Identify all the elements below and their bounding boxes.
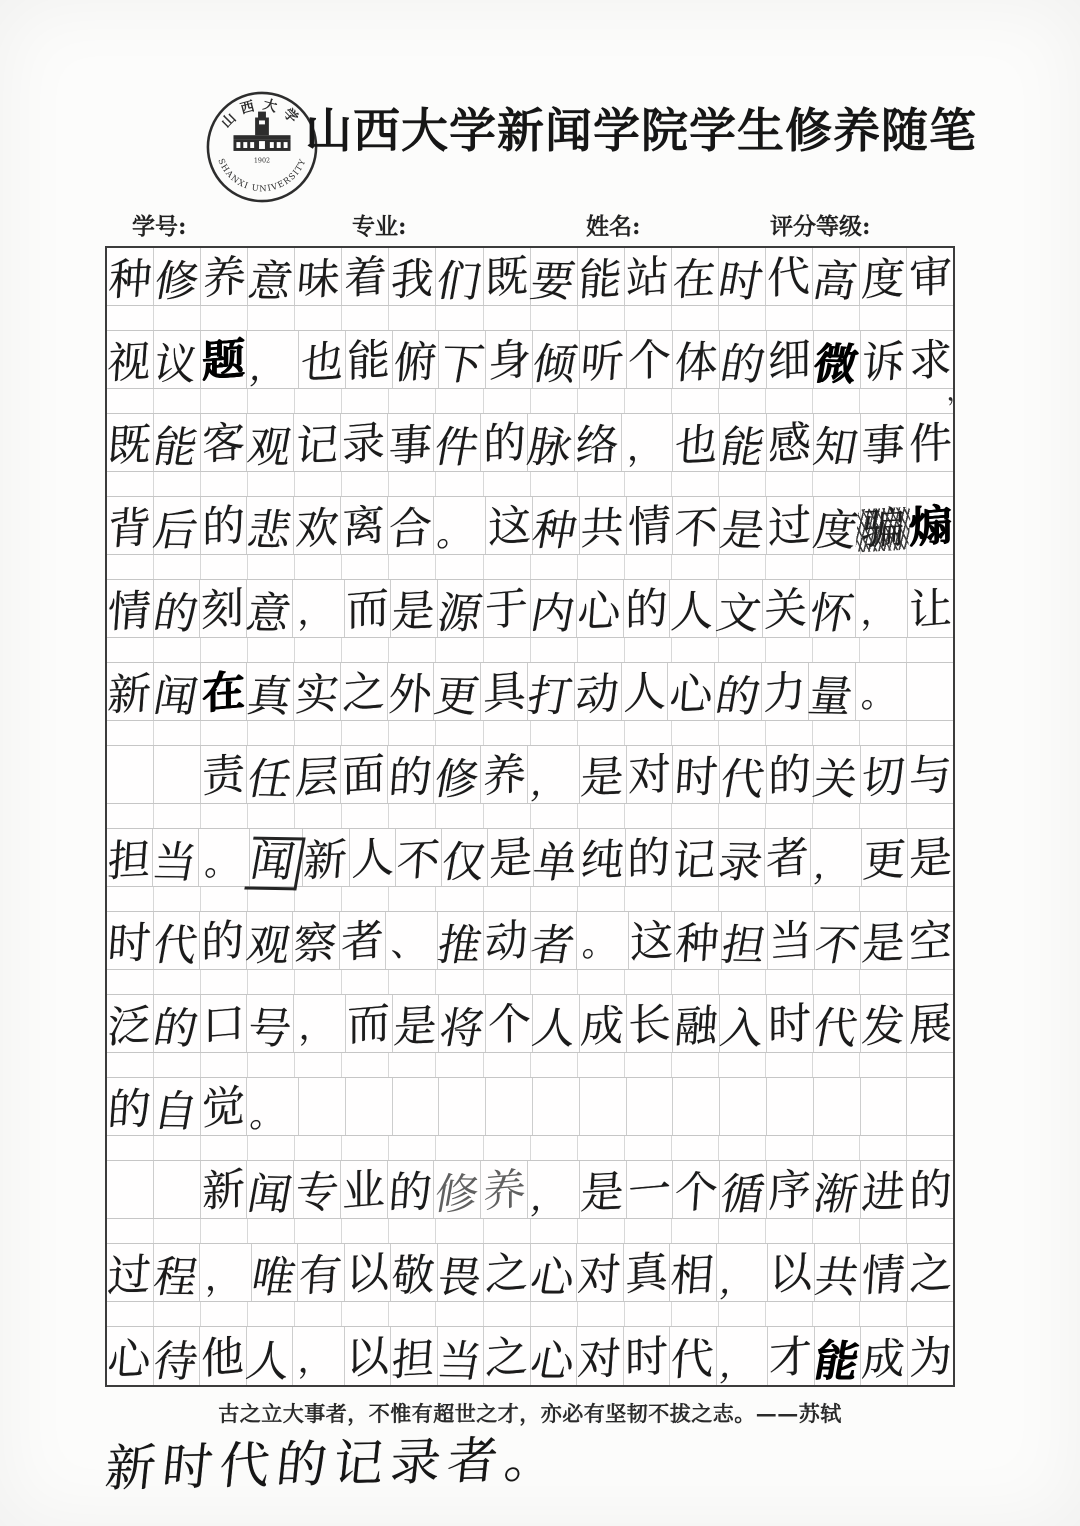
handwritten-char: 闻 [245, 837, 306, 891]
handwritten-char: 悲 [244, 510, 295, 554]
handwritten-char: 种 [530, 510, 581, 554]
handwritten-char: 要 [527, 261, 578, 305]
grid-cell: 是 [720, 497, 767, 554]
handwritten-char: 序 [768, 1168, 811, 1215]
handwritten-char: 担 [718, 925, 769, 969]
grid-cell: 畏 [438, 1244, 485, 1301]
row-gap [107, 1053, 953, 1078]
grid-cell: 种 [533, 497, 580, 554]
grid-cell: 个 [673, 1161, 720, 1218]
grid-cell: 诉 [861, 331, 908, 388]
grid-cell: 煽 [907, 497, 953, 554]
grid-cell: 也 [299, 331, 346, 388]
grid-cell: 养 [481, 746, 528, 803]
grid-cell: 个 [627, 331, 674, 388]
grid-cell: 时 [107, 912, 154, 969]
handwritten-char: 动 [485, 919, 528, 966]
grid-cell: 以 [345, 1244, 392, 1301]
handwritten-char: 观 [243, 925, 294, 969]
essay-row: 视议题，也能俯下身倾听个体的细微诉求 [107, 331, 953, 389]
handwritten-char: 观 [244, 427, 295, 471]
handwritten-char: 畏 [434, 1257, 485, 1301]
handwritten-char: 代 [810, 1008, 861, 1052]
grid-cell [346, 1078, 393, 1135]
grid-cell: 动 [484, 912, 531, 969]
grid-cell: 议 [154, 331, 201, 388]
handwritten-char: 听 [579, 341, 625, 386]
grid-cell: 视 [107, 331, 154, 388]
handwritten-char: 知 [810, 427, 861, 471]
handwritten-char: 自 [150, 1091, 201, 1135]
handwritten-char: 在 [672, 258, 718, 303]
grid-cell: 心 [107, 1327, 154, 1385]
grid-cell: ， [200, 1244, 252, 1301]
grid-cell: 而 [346, 995, 393, 1052]
grid-cell: 客 [201, 414, 248, 471]
grid-cell: 号 [247, 995, 294, 1052]
grid-cell: 待 [154, 1327, 201, 1385]
grid-cell: 录 [719, 829, 765, 886]
handwritten-char: 将 [436, 1008, 487, 1052]
handwritten-char: 的 [201, 919, 244, 966]
grid-cell: 之 [908, 1244, 954, 1301]
grid-cell: 空 [908, 912, 954, 969]
grid-cell: 进 [861, 1161, 908, 1218]
handwritten-char: 成 [579, 1005, 625, 1050]
row-gap [107, 887, 953, 912]
handwritten-char: 。 [860, 677, 895, 714]
grid-cell: 入 [720, 995, 767, 1052]
handwritten-char: 力 [763, 670, 806, 717]
handwritten-char: 时 [673, 756, 719, 801]
grid-cell: 是 [908, 829, 953, 886]
grid-cell: 能 [346, 331, 393, 388]
seal-year: 1902 [254, 157, 270, 165]
grid-cell: 后 [154, 497, 201, 554]
row-gap [107, 1302, 953, 1327]
grid-cell: 自 [154, 1078, 201, 1135]
handwritten-char: ， [248, 352, 288, 386]
handwritten-char: ， [529, 1182, 569, 1216]
grid-cell: 是 [861, 912, 908, 969]
grid-cell: 关 [763, 580, 810, 637]
grid-cell: 种 [675, 912, 722, 969]
grid-cell: 件 [434, 414, 481, 471]
grid-cell: 是 [488, 829, 534, 886]
grid-cell: 与 [907, 746, 953, 803]
handwritten-char: 面 [342, 753, 385, 800]
grid-cell: 。 [247, 1078, 299, 1135]
essay-row: 担当。闻新人不仅是单纯的记录者，更是 [107, 829, 953, 887]
grid-cell: 唯 [252, 1244, 299, 1301]
handwritten-char: 心 [576, 590, 622, 635]
handwritten-char: 细 [768, 338, 811, 385]
grid-cell: 时 [719, 248, 766, 305]
handwritten-char: 更 [861, 839, 907, 884]
handwritten-char: ， [299, 1009, 334, 1046]
grid-cell [767, 1078, 814, 1135]
grid-cell: 题 [201, 331, 248, 388]
grid-cell: 审 [907, 248, 953, 305]
grid-cell: ， [528, 1161, 580, 1218]
handwritten-char: 推 [434, 925, 485, 969]
handwritten-char: 的 [717, 344, 768, 388]
handwritten-char: 后 [150, 510, 201, 554]
handwritten-char: 情 [860, 1254, 906, 1299]
grid-cell: 者 [340, 912, 387, 969]
handwritten-char: 当 [769, 919, 812, 966]
handwritten-char: 是 [392, 1005, 438, 1050]
handwritten-char: 人 [351, 836, 394, 883]
grid-cell: 纯 [580, 829, 626, 886]
grid-cell: 度 [814, 497, 861, 554]
handwritten-char: 题 [202, 338, 245, 385]
grid-cell: 的 [388, 1161, 435, 1218]
handwritten-char: 待 [150, 1340, 201, 1384]
fields-row: 学号: 专业: 姓名: 评分等级: [0, 208, 1080, 240]
grid-cell: 担 [391, 1327, 438, 1385]
handwritten-char: 我 [389, 258, 435, 303]
grid-cell: 的 [626, 829, 672, 886]
grid-cell: 闻 [247, 1161, 294, 1218]
grid-cell: 件 [907, 414, 953, 471]
grid-cell: 他 [200, 1327, 247, 1385]
handwritten-char: 让 [909, 587, 952, 634]
grid-cell: 以 [768, 1244, 815, 1301]
grid-cell: 修 [434, 1161, 481, 1218]
grid-cell: 代 [814, 995, 861, 1052]
grid-cell [907, 1078, 953, 1135]
handwritten-char: 度 [860, 258, 906, 303]
grid-cell [107, 746, 154, 803]
handwritten-char: 代 [150, 925, 201, 969]
handwritten-char: 文 [713, 593, 764, 637]
handwritten-char: 煽 [909, 504, 952, 551]
grid-cell: 代 [154, 912, 201, 969]
grid-cell: 内 [531, 580, 578, 637]
essay-row: 责任层面的修养，是对时代的关切与 [107, 746, 953, 804]
essay-row: 种修养意味着我们既要能站在时代高度审 [107, 248, 953, 306]
handwritten-char: 成 [860, 1337, 906, 1382]
essay-row: 新闻专业的修养，是一个循序渐进的 [107, 1161, 953, 1219]
handwritten-char: 既 [485, 255, 528, 302]
grid-cell: 的 [767, 746, 814, 803]
handwritten-char: 敬 [390, 1254, 436, 1299]
handwritten-char: 是 [717, 510, 768, 554]
row-gap [107, 1219, 953, 1244]
handwritten-char: 、 [390, 926, 425, 963]
handwritten-char: 对 [628, 753, 671, 800]
grid-cell: 知 [814, 414, 861, 471]
handwritten-char: 代 [767, 255, 810, 302]
grid-cell [299, 1078, 346, 1135]
handwritten-char: 不 [395, 839, 441, 884]
handwritten-char: 能 [347, 338, 390, 385]
handwritten-char: 的 [107, 1088, 153, 1133]
essay-row: 时代的观察者、推动者。这种担当不是空 [107, 912, 953, 970]
row-gap [107, 306, 953, 331]
handwritten-char: 着 [344, 255, 387, 302]
grid-cell: 观 [247, 912, 294, 969]
grid-cell: 文 [717, 580, 764, 637]
grid-cell: 而 [345, 580, 392, 637]
grid-cell: 更 [434, 663, 481, 720]
grid-cell: 当 [768, 912, 815, 969]
handwritten-char: 心 [527, 1257, 578, 1301]
grid-cell: 味 [295, 248, 342, 305]
handwritten-overflow-line: 新时代的记录者。 [102, 1419, 565, 1501]
handwritten-char: 入 [717, 1008, 768, 1052]
grid-cell: 在 [201, 663, 248, 720]
handwritten-char: 当 [434, 1340, 485, 1384]
handwritten-char: 记 [294, 424, 340, 469]
university-seal-icon: 山西大学 SHANXI UNIVERSITY 1902 [203, 88, 321, 206]
grid-cell: 程 [154, 1244, 201, 1301]
handwritten-char: 责 [202, 753, 245, 800]
grid-cell: 。 [856, 663, 908, 720]
grid-cell: 者 [531, 912, 578, 969]
handwritten-char: 于 [485, 587, 528, 634]
handwritten-char: 时 [625, 1335, 668, 1382]
handwritten-char: 的 [150, 1008, 201, 1052]
handwritten-char: 。 [204, 844, 238, 881]
grid-cell: 络 [575, 414, 622, 471]
handwritten-char: 渐 [810, 1174, 861, 1218]
grid-cell: 的 [624, 580, 671, 637]
handwritten-char: 过 [106, 1254, 152, 1299]
handwritten-char: 的 [202, 504, 245, 551]
handwritten-char: 程 [150, 1257, 201, 1301]
grid-cell: 是 [391, 580, 438, 637]
handwritten-char: 个 [673, 1171, 719, 1216]
handwritten-char: 者 [341, 919, 384, 966]
handwritten-char: 养 [483, 1168, 526, 1215]
handwritten-char: 能 [717, 427, 768, 471]
grid-cell: 的 [200, 912, 247, 969]
grid-cell: 脉 [528, 414, 575, 471]
handwritten-char: 身 [488, 338, 531, 385]
handwritten-char: 对 [576, 1337, 622, 1382]
handwritten-char: 。 [248, 1099, 288, 1133]
grid-cell: 倾 [533, 331, 580, 388]
grid-cell: 既 [484, 248, 531, 305]
grid-cell: 的 [715, 663, 762, 720]
grid-cell: 。 [434, 497, 486, 554]
handwritten-char: 心 [527, 1340, 578, 1384]
row-gap [107, 721, 953, 746]
grid-cell: 关 [814, 746, 861, 803]
grid-cell: 新 [107, 663, 154, 720]
handwritten-char: 在 [202, 670, 245, 717]
grid-cell: 过 [767, 497, 814, 554]
handwritten-char: 长 [628, 1002, 671, 1049]
grid-cell: 记 [672, 829, 718, 886]
grid-cell: 不 [673, 497, 720, 554]
essay-row: 背后的悲欢离合。这种共情不是过度骗煽 [107, 497, 953, 555]
handwritten-char: 切 [860, 756, 906, 801]
grid-cell: 一 [627, 1161, 674, 1218]
handwritten-char: 录 [715, 842, 766, 886]
handwritten-char: 任 [244, 759, 295, 803]
handwritten-char: 的 [625, 587, 668, 634]
handwritten-char: 的 [387, 756, 433, 801]
handwritten-char: 以 [346, 1251, 389, 1298]
handwritten-char: 号 [244, 1008, 295, 1052]
grid-cell: ， [811, 829, 862, 886]
handwritten-char: 也 [299, 341, 345, 386]
grid-cell [533, 1078, 580, 1135]
grid-cell: 这 [486, 497, 533, 554]
row-gap [107, 804, 953, 829]
grid-cell: ， [247, 331, 299, 388]
grid-cell: 真 [247, 663, 294, 720]
handwritten-char: 不 [811, 925, 862, 969]
handwritten-char: 之 [909, 1251, 952, 1298]
grid-cell: 察 [293, 912, 340, 969]
handwritten-char: 层 [294, 756, 340, 801]
handwritten-char: ， [860, 594, 895, 631]
grid-cell: 代 [720, 746, 767, 803]
grid-cell: 让 [908, 580, 954, 637]
grid-cell: 将 [439, 995, 486, 1052]
grid-cell: 养 [201, 248, 248, 305]
handwritten-char: 发 [860, 1005, 906, 1050]
grid-cell: 能 [578, 248, 625, 305]
grid-cell: 不 [815, 912, 862, 969]
grid-cell: 的 [481, 414, 528, 471]
grid-cell: 情 [627, 497, 674, 554]
grid-cell: 层 [294, 746, 341, 803]
grid-cell: 专 [294, 1161, 341, 1218]
grid-cell: 修 [154, 248, 201, 305]
grid-cell [107, 1161, 154, 1218]
handwritten-char: 修 [151, 261, 202, 305]
handwritten-char: 的 [909, 1168, 952, 1215]
grid-cell: 不 [396, 829, 442, 886]
grid-cell: 这 [629, 912, 676, 969]
handwritten-char: 业 [342, 1168, 385, 1215]
handwritten-char: 之 [342, 670, 385, 717]
handwritten-char: ， [627, 429, 661, 466]
grid-cell: 的 [907, 1161, 953, 1218]
grid-cell: 欢 [294, 497, 341, 554]
grid-cell: 心 [668, 663, 715, 720]
handwritten-char: 合 [387, 507, 433, 552]
handwritten-char: 人 [669, 590, 715, 635]
grid-cell: 骗 [861, 497, 908, 554]
grid-cell: 成 [580, 995, 627, 1052]
handwritten-char: 为 [909, 1335, 952, 1382]
essay-row: 的自觉。 [107, 1078, 953, 1136]
grid-cell: 人 [670, 580, 717, 637]
grid-cell: 当 [153, 829, 199, 886]
handwritten-char: 议 [150, 344, 201, 388]
essay-row: 既能客观记录事件的脉络，也能感知事件 [107, 414, 953, 472]
handwritten-char: 录 [342, 421, 385, 468]
handwritten-char: ， [812, 850, 852, 884]
grid-cell: ， [294, 995, 346, 1052]
handwritten-char: 之 [485, 1335, 528, 1382]
row-gap [107, 638, 953, 663]
handwritten-char: 以 [346, 1335, 389, 1382]
grid-cell: 动 [575, 663, 622, 720]
handwritten-char: 纯 [579, 839, 625, 884]
handwritten-char: 刻 [201, 587, 244, 634]
grid-cell [814, 1078, 861, 1135]
handwritten-char: 的 [768, 753, 811, 800]
handwritten-char: 新 [107, 673, 153, 718]
grid-cell: 录 [341, 414, 388, 471]
grid-cell: 的 [201, 497, 248, 554]
grid-cell: 要 [531, 248, 578, 305]
grid-cell: 能 [720, 414, 767, 471]
handwritten-char: 口 [202, 1002, 245, 1049]
row-gap [107, 555, 953, 580]
grid-cell [393, 1078, 440, 1135]
handwritten-char: 心 [668, 673, 714, 718]
handwritten-char: 的 [150, 593, 201, 637]
essay-row: 情的刻意，而是源于内心的人文关怀，让 [107, 580, 953, 638]
handwritten-char: 体 [673, 341, 719, 386]
handwritten-char: 种 [107, 258, 153, 303]
handwritten-char: 源 [434, 593, 485, 637]
grid-cell: 人 [533, 995, 580, 1052]
handwritten-char: 事 [860, 424, 906, 469]
grid-cell: 力 [762, 663, 809, 720]
grid-cell: 感 [767, 414, 814, 471]
grid-cell: 之 [484, 1327, 531, 1385]
handwritten-char: 更 [431, 676, 482, 720]
handwritten-char: 而 [346, 587, 389, 634]
grid-cell: 时 [673, 746, 720, 803]
handwritten-char: 养 [203, 255, 246, 302]
grid-cell: 能 [154, 414, 201, 471]
handwritten-char: 共 [579, 507, 625, 552]
handwritten-char: 络 [574, 424, 620, 469]
grid-cell: 仅 [442, 829, 488, 886]
handwritten-char: 展 [909, 1002, 952, 1049]
grid-cell: 当 [438, 1327, 485, 1385]
grid-cell: 的 [720, 331, 767, 388]
grid-cell [154, 1161, 201, 1218]
handwritten-char: 他 [201, 1335, 244, 1382]
grid-cell: 责 [201, 746, 248, 803]
handwritten-char: 。 [435, 518, 475, 552]
handwritten-char: 觉 [202, 1085, 245, 1132]
handwritten-char: 专 [294, 1171, 340, 1216]
grid-cell [720, 1078, 767, 1135]
handwritten-char: 心 [106, 1337, 152, 1382]
handwritten-char: 骗 [860, 507, 906, 552]
grid-cell: 过 [107, 1244, 154, 1301]
grid-cell: 闻 [154, 663, 201, 720]
handwritten-char: 时 [106, 922, 152, 967]
grid-cell: 更 [862, 829, 908, 886]
grid-cell: 俯 [393, 331, 440, 388]
grid-cell: 高 [813, 248, 860, 305]
handwritten-char: 人 [623, 670, 666, 717]
grid-cell [439, 1078, 486, 1135]
grid-cell: 离 [341, 497, 388, 554]
handwritten-char: 高 [810, 261, 861, 305]
handwritten-char: ， [297, 594, 332, 631]
grid-cell: 刻 [200, 580, 247, 637]
handwritten-char: 不 [673, 507, 719, 552]
handwritten-char: 真 [625, 1251, 668, 1298]
grid-cell [673, 1078, 720, 1135]
grid-cell [907, 663, 953, 720]
grid-cell: 合 [388, 497, 435, 554]
